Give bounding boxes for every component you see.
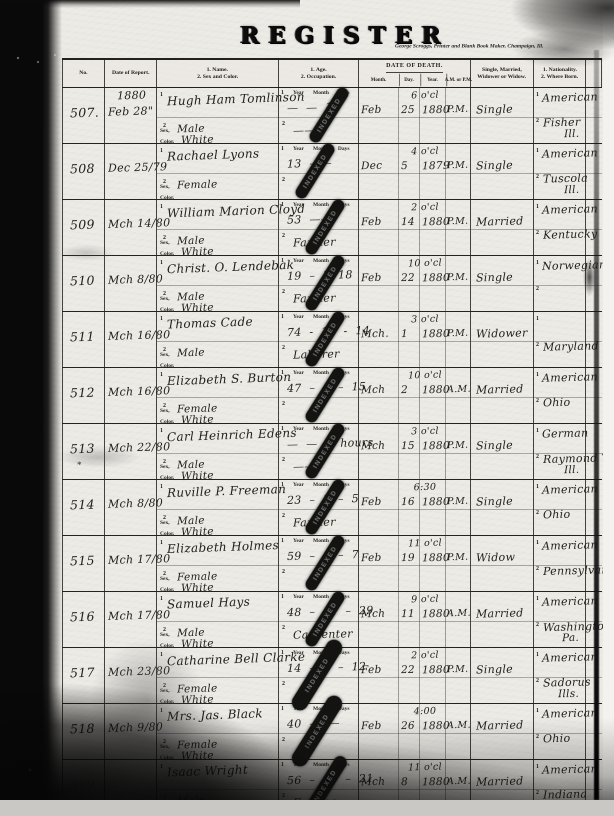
cell-date-of-death: Feb 22 1880 P.M. 10 o'cl xyxy=(358,256,470,311)
month-label: Month xyxy=(313,762,329,768)
death-ampm: P.M. xyxy=(447,664,469,676)
death-month: Feb xyxy=(361,720,382,733)
death-ampm: P.M. xyxy=(447,440,469,452)
printed-2-label: 2 xyxy=(282,233,285,239)
death-day: 22 xyxy=(401,272,415,284)
cell-name-sex-color: 1 Thomas Cade 2 Sex, Male Color. INDEXED xyxy=(156,312,278,367)
printed-2-label: 2 xyxy=(163,291,166,297)
death-ampm: A.M. xyxy=(447,608,471,620)
table-row: 518 Mch 9/80 1 Mrs. Jas. Black 2 Sex, Fe… xyxy=(62,704,602,760)
printed-2-label: 2 xyxy=(282,345,285,351)
cell-nationality-born: 1 American 2 Ohio xyxy=(533,704,585,759)
cell-date-of-report: Mch 22/80 xyxy=(104,424,156,479)
cell-marital-status: Single xyxy=(470,648,533,703)
cell-blank xyxy=(585,312,602,367)
death-day: 8 xyxy=(401,776,408,788)
printed-2-label: 2 xyxy=(282,457,285,463)
col-header-death-year: Year. xyxy=(420,74,443,87)
cell-nationality-born: 1 American 2 Sadorus Ills. xyxy=(533,648,585,703)
report-date: Mch 9/80 xyxy=(108,720,163,734)
death-month-cell: Mch xyxy=(359,592,398,647)
printed-1-label: 1 xyxy=(160,484,163,490)
month-label: Month xyxy=(313,482,329,488)
decedent-name: Elizabeth Holmes xyxy=(167,538,279,556)
cell-nationality-born: 1 American 2 Pennsylvania xyxy=(533,536,585,591)
table-row: 507. 1880 Feb 28" 1 Hugh Ham Tomlinson 2… xyxy=(62,88,602,144)
cell-date-of-report: Mch 23/80 xyxy=(104,648,156,703)
register-number: 517 xyxy=(70,665,95,681)
printed-2-label: 2 xyxy=(536,622,539,628)
death-ampm: P.M. xyxy=(447,104,469,116)
year-label: Year xyxy=(293,650,304,656)
sex-value: Female xyxy=(176,178,217,191)
death-day: 11 xyxy=(401,608,415,620)
year-label: Year xyxy=(293,482,304,488)
printed-1-label: 1 xyxy=(536,372,539,378)
left-scan-band xyxy=(0,0,62,816)
printed-1-label: 1 xyxy=(160,204,163,210)
cell-marital-status: Single xyxy=(470,480,533,535)
cell-date-of-report: Dec 25/79 xyxy=(104,144,156,199)
table-row: 515 Mch 17/80 1 Elizabeth Holmes 2 Sex, … xyxy=(62,536,602,592)
cell-register-number: 510 xyxy=(62,256,104,311)
cell-blank xyxy=(585,368,602,423)
marital-status: Married xyxy=(476,382,524,396)
cell-name-sex-color: 1 Elizabeth Holmes 2 Sex, Female Color. … xyxy=(156,536,278,591)
col-header-date-of-report: Date of Report. xyxy=(104,60,156,87)
cell-name-sex-color: 1 Catharine Bell Clarke 2 Sex, Female Co… xyxy=(156,648,278,703)
table-row: 514 Mch 8/80 1 Ruville P. Freeman 2 Sex,… xyxy=(62,480,602,536)
printed-1-label: 1 xyxy=(160,260,163,266)
cell-blank xyxy=(585,480,602,535)
cell-marital-status: Married xyxy=(470,704,533,759)
marital-status: Widow xyxy=(476,550,516,564)
where-born-value: Ohio xyxy=(543,508,571,522)
decedent-name: Elizabeth S. Burton xyxy=(167,370,292,388)
marital-status: Single xyxy=(476,159,513,173)
death-time-of-day: 3 o'cl xyxy=(399,425,451,437)
cell-nationality-born: 1 German 2 Raymond Tp, Ill. xyxy=(533,424,585,479)
marital-status: Married xyxy=(476,214,524,228)
printed-1-label: 1 xyxy=(160,708,163,714)
table-row: 509 Mch 14/80 1 William Marion Cloyd 2 S… xyxy=(62,200,602,256)
death-ampm: P.M. xyxy=(447,552,469,564)
cell-date-of-report: Mch 16/80 xyxy=(104,312,156,367)
age-column-mini-header: 1 Year Month Days xyxy=(281,426,357,432)
printed-2-label: 2 xyxy=(536,342,539,348)
marital-status: Married xyxy=(476,718,524,732)
cell-date-of-death: Mch 11 1880 A.M. 9 o'cl xyxy=(358,592,470,647)
cell-register-number: 515 xyxy=(62,536,104,591)
cell-date-of-death: Feb 19 1880 P.M. 11 o'cl xyxy=(358,536,470,591)
printed-1-label: 1 xyxy=(536,764,539,770)
cell-date-of-report: Mch 16/80 xyxy=(104,368,156,423)
occupation-row: 2 xyxy=(282,177,293,195)
death-day: 16 xyxy=(401,496,415,508)
death-ampm: A.M. xyxy=(447,776,471,788)
printed-2-label: 2 xyxy=(163,627,166,633)
month-label: Month xyxy=(313,538,329,544)
year-label: Year xyxy=(293,370,304,376)
register-number: 516 xyxy=(70,609,95,625)
register-number: 518 xyxy=(70,721,95,737)
masthead: REGISTER George Scroggs, Printer and Bla… xyxy=(62,14,602,58)
cell-nationality-born: 1 American 2 Ohio xyxy=(533,368,585,423)
printed-1-label: 1 xyxy=(281,202,284,208)
death-time-of-day: 9 o'cl xyxy=(399,593,451,605)
year-label: Year xyxy=(293,594,304,600)
printed-2-label: 2 xyxy=(536,734,539,740)
printed-1-label: 1 xyxy=(281,650,284,656)
age-column-mini-header: 1 Year Month Days xyxy=(281,314,357,320)
cell-date-of-report: Mch 17/80 xyxy=(104,592,156,647)
report-date: Mch 8/80 xyxy=(108,272,163,286)
cell-blank xyxy=(585,536,602,591)
printed-1-label: 1 xyxy=(281,258,284,264)
printed-1-label: 1 xyxy=(536,204,539,210)
register-number: 511 xyxy=(70,329,95,345)
printed-1-label: 1 xyxy=(536,652,539,658)
year-label: Year xyxy=(293,202,304,208)
death-month: Mch xyxy=(361,440,386,453)
printed-1-label: 1 xyxy=(536,708,539,714)
col-header-age-occupation: 1. Age.2. Occupation. xyxy=(278,60,358,87)
printed-1-label: 1 xyxy=(160,428,163,434)
death-time-of-day: 2 o'cl xyxy=(399,649,451,661)
occupation-row: 2 xyxy=(282,681,293,699)
month-label: Month xyxy=(313,370,329,376)
printed-1-label: 1 xyxy=(281,538,284,544)
printed-2-label: 2 xyxy=(536,566,539,572)
decedent-name: Christ. O. Lendebak xyxy=(167,258,295,276)
cell-name-sex-color: 1 Ruville P. Freeman 2 Sex, Male Color. … xyxy=(156,480,278,535)
printed-1-label: 1 xyxy=(281,314,284,320)
printed-2-label: 2 xyxy=(163,739,166,745)
death-month: Mch. xyxy=(361,328,389,341)
cell-date-of-death: Mch 2 1880 A.M. 10 o'cl xyxy=(358,368,470,423)
printed-1-label: 1 xyxy=(160,764,163,770)
cell-date-of-death: Feb 14 1880 P.M. 2 o'cl xyxy=(358,200,470,255)
death-time-of-day: 10 o'cl xyxy=(399,369,451,381)
register-number: 507. xyxy=(70,105,99,121)
death-time-of-day: 10 o'cl xyxy=(399,257,451,269)
cell-date-of-death: Mch 15 1880 P.M. 3 o'cl xyxy=(358,424,470,479)
cell-name-sex-color: 1 Mrs. Jas. Black 2 Sex, Female Color. W… xyxy=(156,704,278,759)
cell-nationality-born: 1 2 Maryland xyxy=(533,312,585,367)
cell-blank xyxy=(585,704,602,759)
death-time-of-day: 4 o'cl xyxy=(399,145,451,157)
death-day: 1 xyxy=(401,328,408,340)
decedent-name: Isaac Wright xyxy=(167,763,248,780)
printed-1-label: 1 xyxy=(536,316,539,322)
death-ampm: A.M. xyxy=(447,384,471,396)
cell-date-of-death: Feb 25 1880 P.M. 6 o'cl xyxy=(358,88,470,143)
printed-2-label: 2 xyxy=(536,790,539,796)
records-body: 507. 1880 Feb 28" 1 Hugh Ham Tomlinson 2… xyxy=(62,88,602,815)
cell-date-of-report: 1880 Feb 28" xyxy=(104,88,156,143)
nationality-value: German xyxy=(542,426,589,440)
cell-register-number: 511 xyxy=(62,312,104,367)
cell-date-of-death: Feb 26 1880 A.M. 4:00 xyxy=(358,704,470,759)
cell-nationality-born: 1 American 2 Tuscola Ill. xyxy=(533,144,585,199)
where-born-line2: Pa. xyxy=(562,632,579,644)
death-time-of-day: 11 o'cl xyxy=(399,761,451,773)
marital-status: Single xyxy=(476,495,513,509)
decedent-name: Samuel Hays xyxy=(167,595,251,612)
death-time-of-day: 6 o'cl xyxy=(399,89,451,101)
cell-blank xyxy=(585,648,602,703)
death-month: Mch xyxy=(361,384,386,397)
printed-1-label: 1 xyxy=(536,260,539,266)
cell-date-of-report: Mch 8/80 xyxy=(104,480,156,535)
cell-blank xyxy=(585,200,602,255)
printed-1-label: 1 xyxy=(536,596,539,602)
death-month-cell: Mch. xyxy=(359,312,398,367)
cell-blank xyxy=(585,88,602,143)
marital-status: Widower xyxy=(476,326,528,340)
age-column-mini-header: 1 Year Month Days xyxy=(281,202,357,208)
printed-2-label: 2 xyxy=(536,174,539,180)
printed-1-label: 1 xyxy=(160,316,163,322)
printed-1-label: 1 xyxy=(536,92,539,98)
cell-marital-status: Widow xyxy=(470,536,533,591)
where-born-line2: Ill. xyxy=(563,128,579,140)
cell-date-of-death: Feb 16 1880 P.M. 6:30 xyxy=(358,480,470,535)
printed-2-label: 2 xyxy=(282,681,285,687)
age-column-mini-header: 1 Year Month Days xyxy=(281,538,357,544)
printed-2-label: 2 xyxy=(163,459,166,465)
printed-1-label: 1 xyxy=(281,482,284,488)
death-month: Feb xyxy=(361,104,382,117)
cell-marital-status: Single xyxy=(470,88,533,143)
printed-2-label: 2 xyxy=(282,401,285,407)
death-month-cell: Feb xyxy=(359,200,398,255)
register-number-mark: * xyxy=(77,460,82,470)
printer-credit: George Scroggs, Printer and Blank Book M… xyxy=(395,44,614,50)
report-date: Feb 28" xyxy=(108,104,154,118)
death-time-of-day: 4:00 xyxy=(399,705,451,717)
death-month-cell: Feb xyxy=(359,256,398,311)
printed-1-label: 1 xyxy=(160,596,163,602)
register-number: 519 xyxy=(70,777,95,793)
death-month: Dec xyxy=(361,160,383,173)
col-header-death-day: Day. xyxy=(399,74,418,87)
death-month: Mch xyxy=(361,776,386,789)
death-ampm: P.M. xyxy=(447,496,469,508)
col-header-nationality: 1. Nationality.2. Where Born. xyxy=(533,60,585,87)
cell-date-of-report: Mch 8/80 xyxy=(104,256,156,311)
marital-status: Married xyxy=(476,606,524,620)
col-header-death-month: Month. xyxy=(360,74,395,87)
printed-2-label: 2 xyxy=(163,403,166,409)
printed-2-label: 2 xyxy=(536,398,539,404)
marital-status: Single xyxy=(476,271,513,285)
top-scan-edge xyxy=(0,0,300,8)
cell-marital-status: Married xyxy=(470,592,533,647)
death-day: 5 xyxy=(401,160,408,172)
death-time-of-day: 3 o'cl xyxy=(399,313,451,325)
death-month: Feb xyxy=(361,272,382,285)
year-label: Year xyxy=(293,538,304,544)
occupation-row: 2 xyxy=(282,401,293,419)
register-number: 509 xyxy=(70,217,95,233)
death-month-cell: Feb xyxy=(359,536,398,591)
printed-1-label: 1 xyxy=(160,148,163,154)
cell-marital-status: Married xyxy=(470,368,533,423)
death-day: 26 xyxy=(401,720,415,732)
printed-2-label: 2 xyxy=(163,571,166,577)
cell-date-of-report: Mch 17/80 xyxy=(104,536,156,591)
table-row: 511 Mch 16/80 1 Thomas Cade 2 Sex, Male … xyxy=(62,312,602,368)
col-header-date-of-death: DATE OF DEATH. Month. Day. Year. A.M. or… xyxy=(358,60,470,87)
printed-2-label: 2 xyxy=(536,230,539,236)
death-month-cell: Mch xyxy=(359,368,398,423)
death-day: 19 xyxy=(401,552,415,564)
printed-1-label: 1 xyxy=(160,652,163,658)
cell-marital-status: Single xyxy=(470,144,533,199)
printed-1-label: 1 xyxy=(281,370,284,376)
age-column-mini-header: 1 Year Month Days xyxy=(281,370,357,376)
year-label: Year xyxy=(293,146,304,152)
decedent-name: Thomas Cade xyxy=(167,315,253,332)
cell-register-number: 518 xyxy=(62,704,104,759)
printed-2-label: 2 xyxy=(163,347,166,353)
month-label: Month xyxy=(313,258,329,264)
marital-status: Single xyxy=(476,663,513,677)
where-born-line2: Ill. xyxy=(563,184,579,196)
where-born-value: Ohio xyxy=(543,732,571,746)
where-born-line2: Ill. xyxy=(563,464,579,476)
printed-1-label: 1 xyxy=(281,706,284,712)
cell-nationality-born: 1 Norwegian 2 xyxy=(533,256,585,311)
cell-date-of-death: Mch. 1 1880 P.M. 3 o'cl xyxy=(358,312,470,367)
printed-2-label: 2 xyxy=(163,123,166,129)
death-month-cell: Mch xyxy=(359,424,398,479)
printed-2-label: 2 xyxy=(282,737,285,743)
cell-register-number: 514 xyxy=(62,480,104,535)
cell-marital-status: Married xyxy=(470,200,533,255)
decedent-name: Rachael Lyons xyxy=(167,146,260,163)
cell-register-number: 508 xyxy=(62,144,104,199)
cell-name-sex-color: 1 Carl Heinrich Edens 2 Sex, Male Color.… xyxy=(156,424,278,479)
death-month-cell: Feb xyxy=(359,704,398,759)
year-label: Year xyxy=(293,90,304,96)
printed-2-label: 2 xyxy=(536,286,539,292)
death-time-of-day: 11 o'cl xyxy=(399,537,451,549)
marital-status: Single xyxy=(476,439,513,453)
death-month-cell: Dec xyxy=(359,144,398,199)
death-month: Feb xyxy=(361,216,382,229)
table-row: 513 * Mch 22/80 1 Carl Heinrich Edens 2 … xyxy=(62,424,602,480)
col-header-blank xyxy=(585,60,602,87)
printed-1-label: 1 xyxy=(536,484,539,490)
death-day: 14 xyxy=(401,216,415,228)
report-date: Mch 8/80 xyxy=(108,496,163,510)
death-ampm: P.M. xyxy=(447,328,469,340)
death-month-cell: Feb xyxy=(359,88,398,143)
register-number: 512 xyxy=(70,385,95,401)
cell-register-number: 507. xyxy=(62,88,104,143)
death-time-of-day: 6:30 xyxy=(399,481,451,493)
printed-2-label: 2 xyxy=(163,235,166,241)
printed-1-label: 1 xyxy=(160,372,163,378)
printed-2-label: 2 xyxy=(536,678,539,684)
death-month: Mch xyxy=(361,608,386,621)
month-label: Month xyxy=(313,90,329,96)
death-month: Feb xyxy=(361,552,382,565)
report-year: 1880 xyxy=(117,89,147,103)
cell-register-number: 517 xyxy=(62,648,104,703)
printed-2-label: 2 xyxy=(163,683,166,689)
col-header-marital: Single, Married,Widower or Widow. xyxy=(470,60,533,87)
month-label: Month xyxy=(313,314,329,320)
decedent-name: Mrs. Jas. Black xyxy=(167,706,263,723)
marital-status: Married xyxy=(476,774,524,788)
age-column-mini-header: 1 Year Month Days xyxy=(281,594,357,600)
cell-date-of-report: Mch 9/80 xyxy=(104,704,156,759)
col-header-no: No. xyxy=(62,60,104,87)
year-label: Year xyxy=(293,314,304,320)
cell-marital-status: Single xyxy=(470,256,533,311)
printed-1-label: 1 xyxy=(160,92,163,98)
col-header-name-sex-color: 1. Name.2. Sex and Color. xyxy=(156,60,278,87)
printed-2-label: 2 xyxy=(536,510,539,516)
printed-2-label: 2 xyxy=(282,569,285,575)
year-label: Year xyxy=(293,258,304,264)
right-margin xyxy=(603,8,614,800)
age-column-mini-header: 1 Year Month Days xyxy=(281,258,357,264)
cell-nationality-born: 1 American 2 Washington Co. Pa. xyxy=(533,592,585,647)
death-ampm: P.M. xyxy=(447,216,469,228)
cell-blank xyxy=(585,256,602,311)
printed-1-label: 1 xyxy=(281,426,284,432)
month-label: Month xyxy=(313,594,329,600)
col-header-death-ampm: A.M. or P.M. xyxy=(446,74,469,87)
register-page: REGISTER George Scroggs, Printer and Bla… xyxy=(0,0,614,816)
death-day: 25 xyxy=(401,104,415,116)
cell-nationality-born: 1 American 2 Kentucky xyxy=(533,200,585,255)
cell-blank xyxy=(585,424,602,479)
printed-2-label: 2 xyxy=(282,513,285,519)
cell-name-sex-color: 1 Rachael Lyons 2 Sex, Female Color. IND… xyxy=(156,144,278,199)
printed-1-label: 1 xyxy=(281,90,284,96)
cell-marital-status: Single xyxy=(470,424,533,479)
where-born-line2: Ills. xyxy=(558,688,579,701)
cell-name-sex-color: 1 Christ. O. Lendebak 2 Sex, Male Color.… xyxy=(156,256,278,311)
printed-1-label: 1 xyxy=(536,428,539,434)
occupation-row: 2 xyxy=(282,737,293,755)
cell-register-number: 516 xyxy=(62,592,104,647)
cell-name-sex-color: 1 Elizabeth S. Burton 2 Sex, Female Colo… xyxy=(156,368,278,423)
table-row: 508 Dec 25/79 1 Rachael Lyons 2 Sex, Fem… xyxy=(62,144,602,200)
cell-nationality-born: 1 American 2 Ohio xyxy=(533,480,585,535)
printed-1-label: 1 xyxy=(281,762,284,768)
death-month: Feb xyxy=(361,664,382,677)
printed-1-label: 1 xyxy=(160,540,163,546)
printed-1-label: 1 xyxy=(281,146,284,152)
cell-date-of-death: Dec 5 1879 P.M. 4 o'cl xyxy=(358,144,470,199)
death-day: 22 xyxy=(401,664,415,676)
death-month: Feb xyxy=(361,496,382,509)
month-label: Month xyxy=(313,202,329,208)
death-ampm: A.M. xyxy=(447,720,471,732)
printed-2-label: 2 xyxy=(536,118,539,124)
cell-name-sex-color: 1 Hugh Ham Tomlinson 2 Sex, Male Color. … xyxy=(156,88,278,143)
printed-2-label: 2 xyxy=(282,793,285,799)
printed-1-label: 1 xyxy=(536,148,539,154)
occupation-row: 2 xyxy=(282,569,293,587)
cell-marital-status: Widower xyxy=(470,312,533,367)
